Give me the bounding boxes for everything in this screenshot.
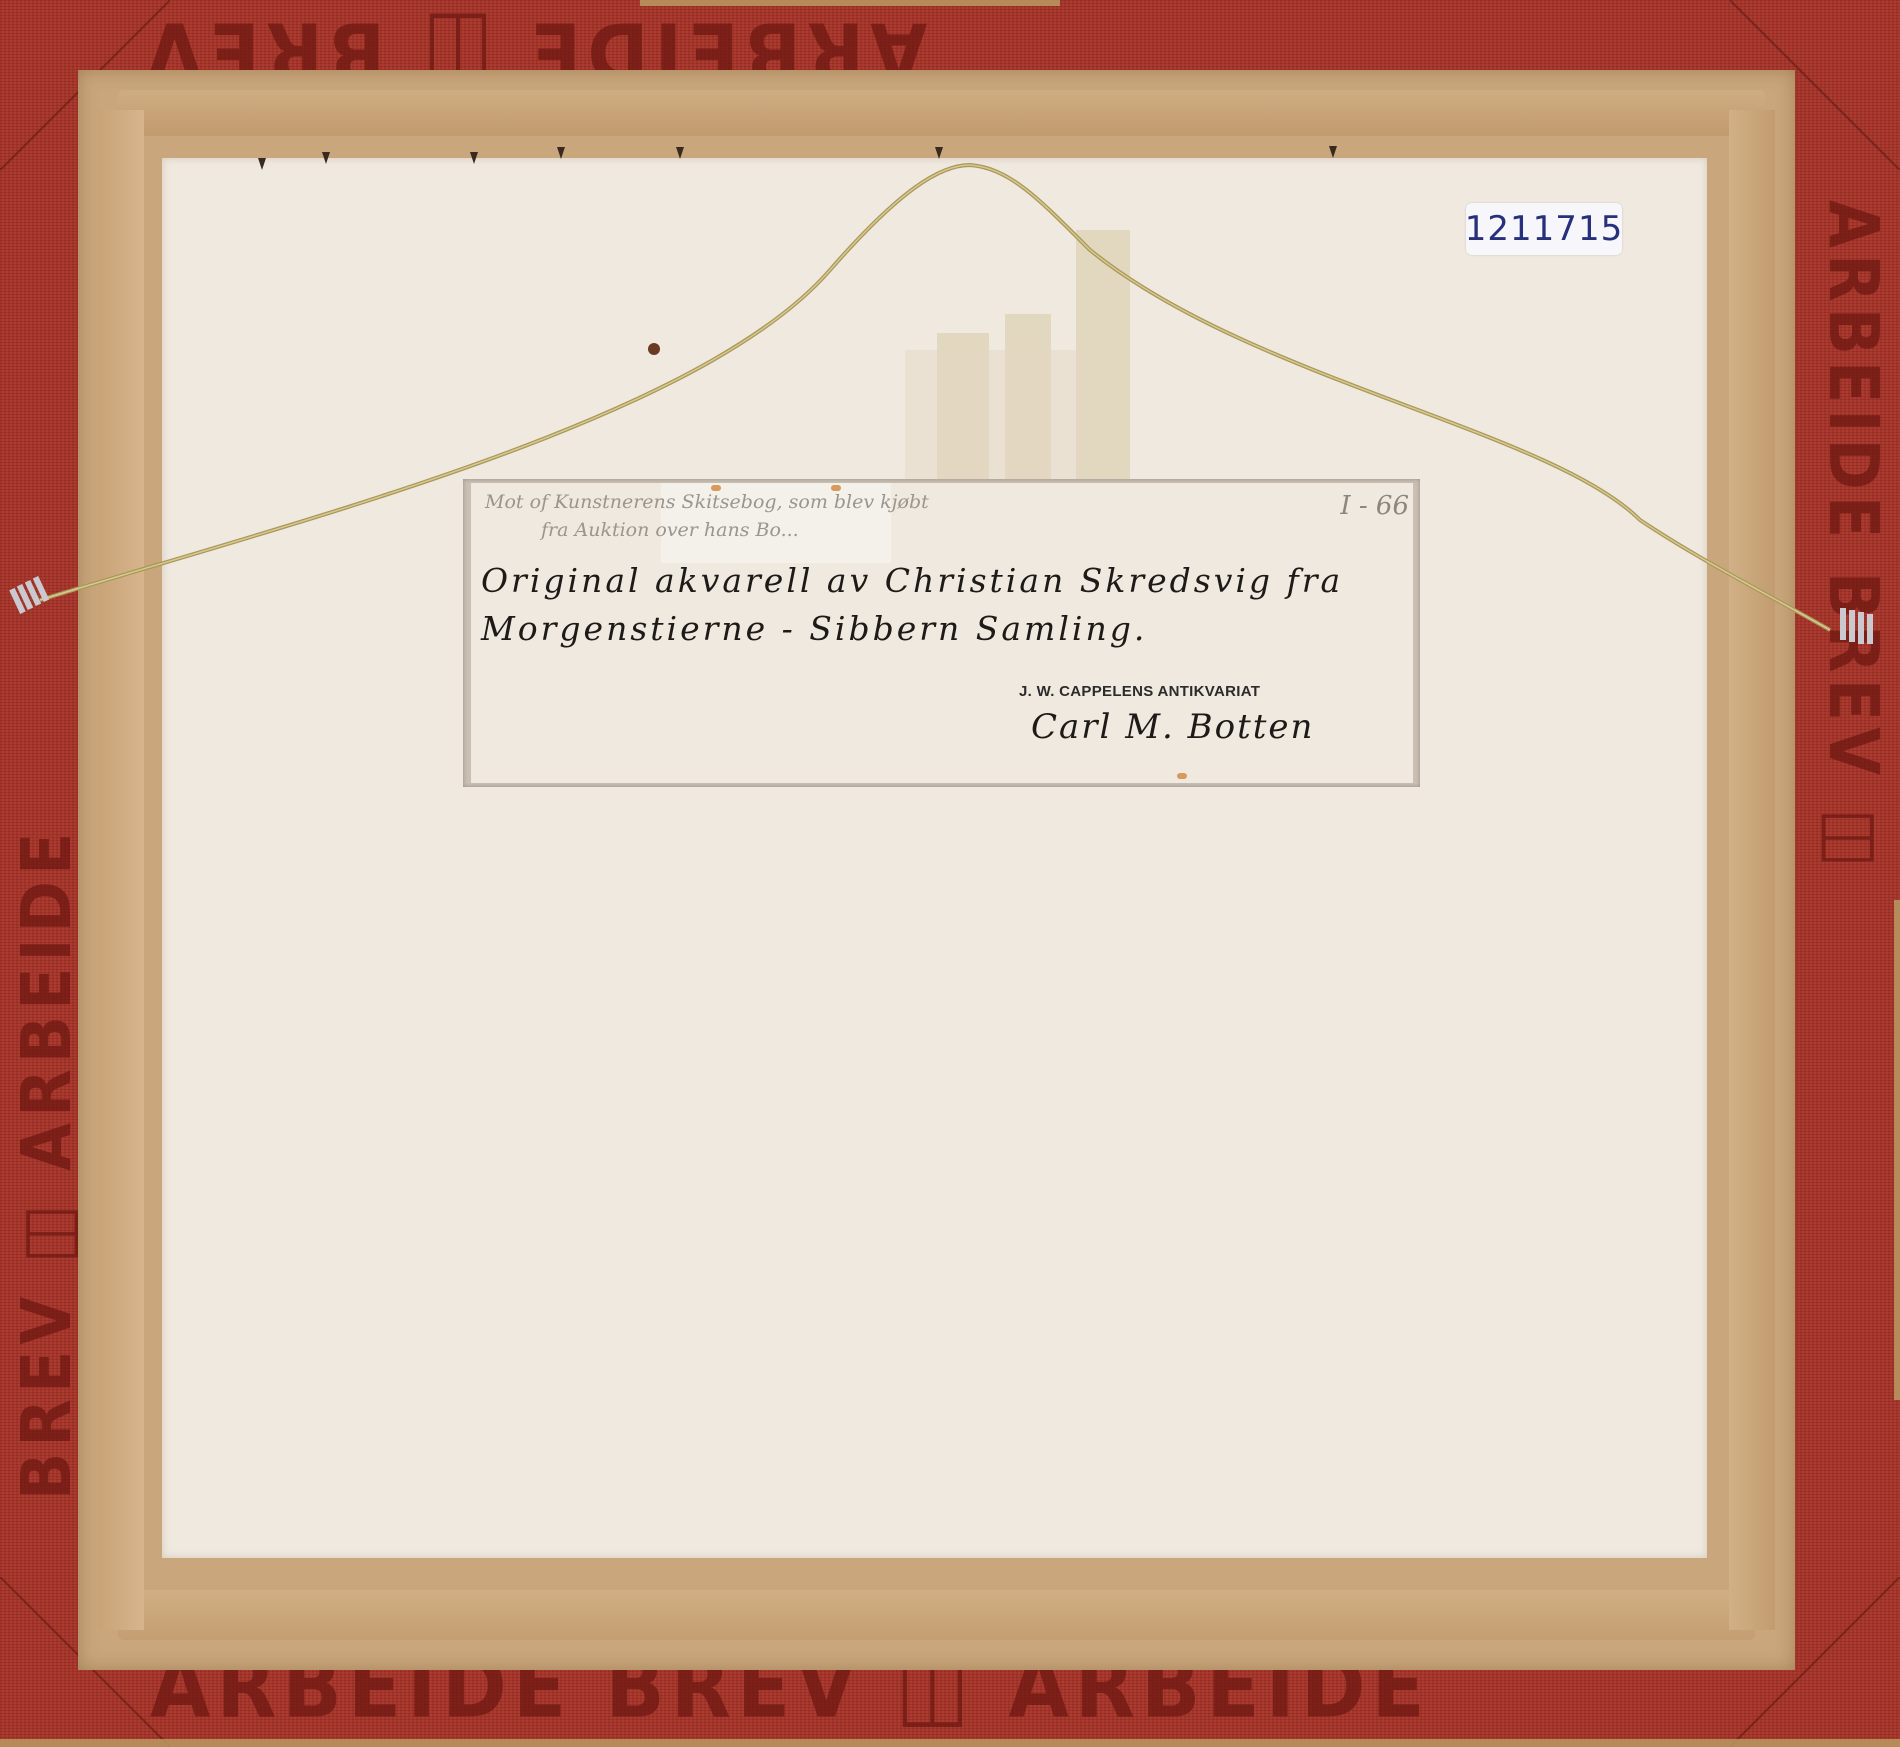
kraft-tape-left — [98, 110, 144, 1630]
gilt-frame-edge — [1894, 900, 1900, 1400]
frame-stamp-left: BREV ◫ ARBEIDE — [6, 827, 86, 1500]
nail-icon — [1329, 146, 1337, 158]
handwritten-line-1: Original akvarell av Christian Skredsvig… — [481, 561, 1343, 600]
kraft-tape-top — [118, 90, 1765, 136]
gilt-frame-edge — [0, 1739, 1900, 1747]
framed-artwork-back: ARBEIDE ◫ BREV ARBEIDE BREV ◫ ARBEIDE BR… — [0, 0, 1900, 1747]
inventory-sticker: 1211715 — [1466, 203, 1622, 255]
rust-stain — [711, 485, 721, 491]
frame-stamp-right: ARBEIDE BREV ◫ — [1814, 200, 1894, 873]
nail-icon — [258, 158, 266, 170]
pencil-note-line-1: Mot of Kunstnerens Skitsebog, som blev k… — [485, 491, 929, 513]
nail-icon — [676, 147, 684, 159]
signature: Carl M. Botten — [1031, 707, 1314, 747]
label-window-cutout: Mot of Kunstnerens Skitsebog, som blev k… — [463, 479, 1420, 787]
kraft-tape-right — [1729, 110, 1775, 1630]
rust-stain — [831, 485, 841, 491]
nail-icon — [470, 152, 478, 164]
nail-icon — [935, 147, 943, 159]
antikvariat-stamp: J. W. CAPPELENS ANTIKVARIAT — [1019, 683, 1260, 700]
nail-icon — [322, 152, 330, 164]
handwritten-line-2: Morgenstierne - Sibbern Samling. — [481, 609, 1147, 648]
rust-hole — [648, 343, 660, 355]
pencil-note-line-2: fra Auktion over hans Bo... — [541, 519, 799, 541]
catalog-code: I - 66 — [1340, 491, 1409, 521]
rust-stain — [1177, 773, 1187, 779]
nail-icon — [557, 147, 565, 159]
provenance-label: Mot of Kunstnerens Skitsebog, som blev k… — [471, 483, 1413, 783]
gilt-frame-edge — [640, 0, 1060, 6]
kraft-tape-bottom — [118, 1590, 1755, 1640]
tape-residue — [905, 350, 1085, 480]
